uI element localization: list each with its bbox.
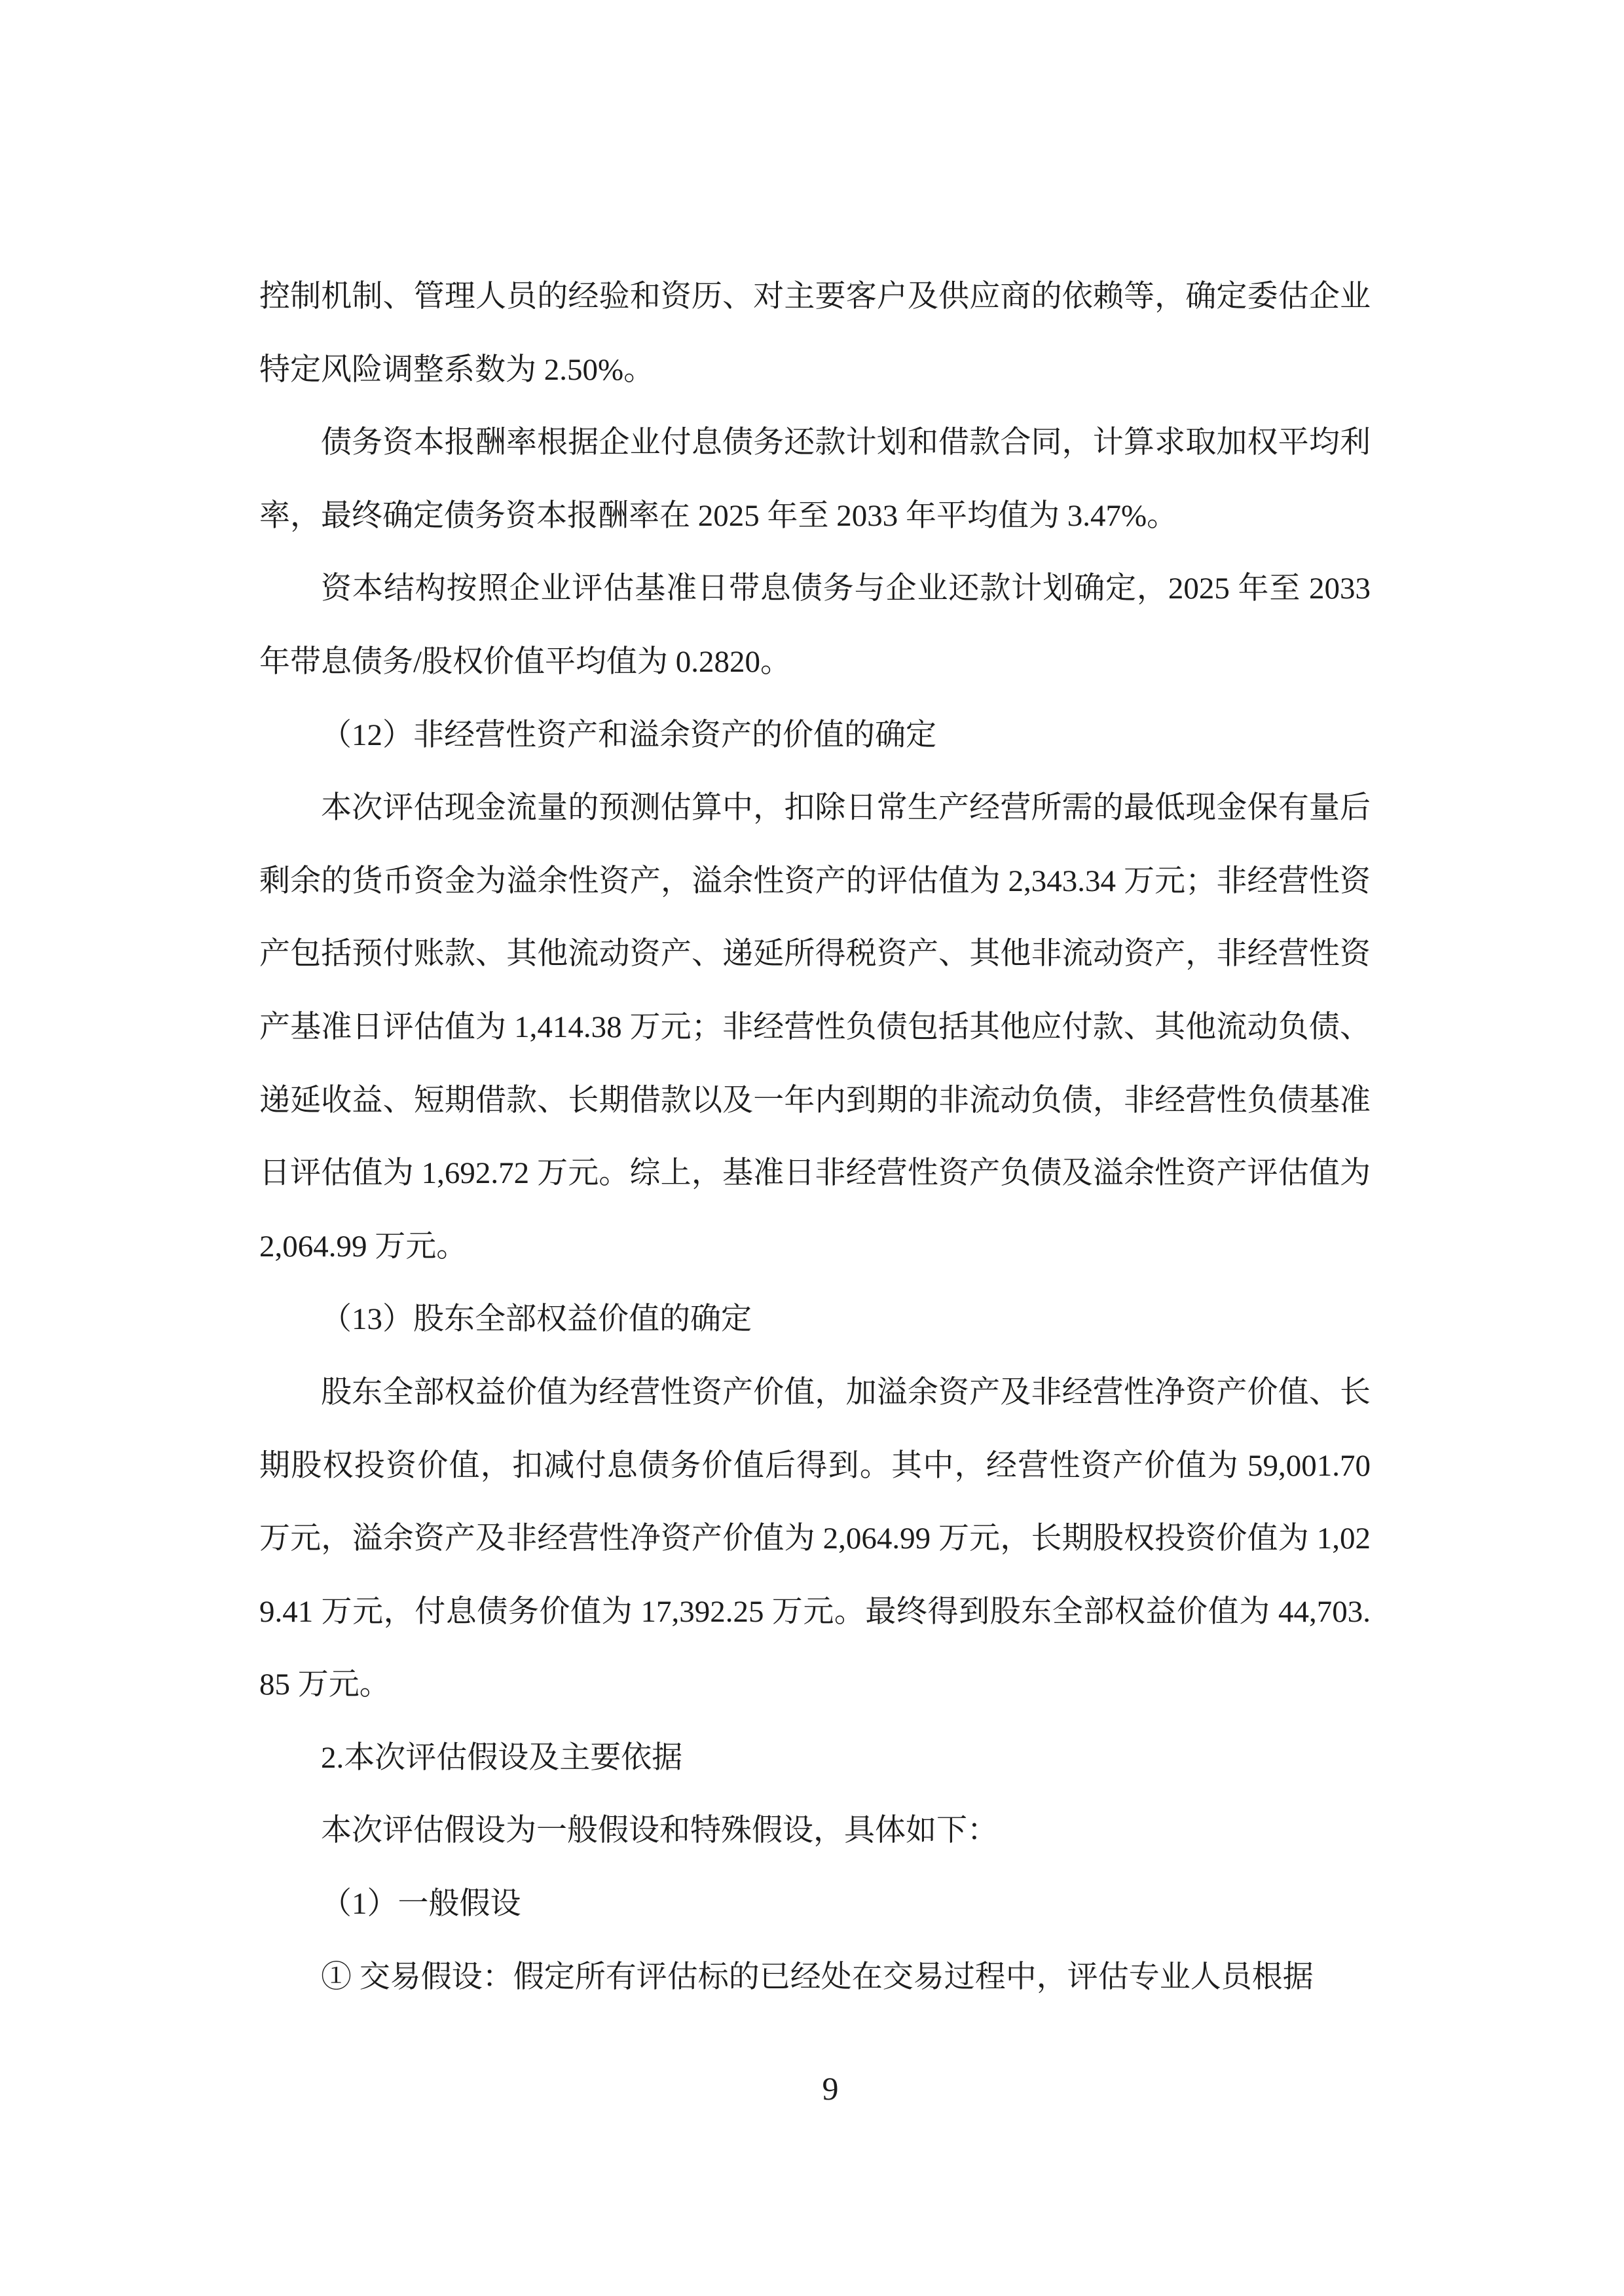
- paragraph-1: 控制机制、管理人员的经验和资历、对主要客户及供应商的依赖等，确定委估企业特定风险…: [259, 261, 1371, 407]
- document-body: 控制机制、管理人员的经验和资历、对主要客户及供应商的依赖等，确定委估企业特定风险…: [259, 261, 1371, 2014]
- paragraph-2: 债务资本报酬率根据企业付息债务还款计划和借款合同，计算求取加权平均利率，最终确定…: [259, 407, 1371, 553]
- paragraph-11: ① 交易假设：假定所有评估标的已经处在交易过程中，评估专业人员根据: [259, 1941, 1371, 2014]
- paragraph-5: 本次评估现金流量的预测估算中，扣除日常生产经营所需的最低现金保有量后剩余的货币资…: [259, 772, 1371, 1283]
- document-page: 控制机制、管理人员的经验和资历、对主要客户及供应商的依赖等，确定委估企业特定风险…: [0, 0, 1624, 2296]
- paragraph-8: 2.本次评估假设及主要依据: [259, 1722, 1371, 1795]
- paragraph-6: （13）股东全部权益价值的确定: [259, 1283, 1371, 1357]
- paragraph-4: （12）非经营性资产和溢余资产的价值的确定: [259, 699, 1371, 773]
- paragraph-9: 本次评估假设为一般假设和特殊假设，具体如下：: [259, 1795, 1371, 1868]
- paragraph-3: 资本结构按照企业评估基准日带息债务与企业还款计划确定，2025 年至 2033 …: [259, 553, 1371, 699]
- paragraph-7: 股东全部权益价值为经营性资产价值，加溢余资产及非经营性净资产价值、长期股权投资价…: [259, 1357, 1371, 1722]
- page-number: 9: [822, 2070, 839, 2107]
- paragraph-10: （1）一般假设: [259, 1868, 1371, 1941]
- page-footer: 9: [0, 2069, 1624, 2108]
